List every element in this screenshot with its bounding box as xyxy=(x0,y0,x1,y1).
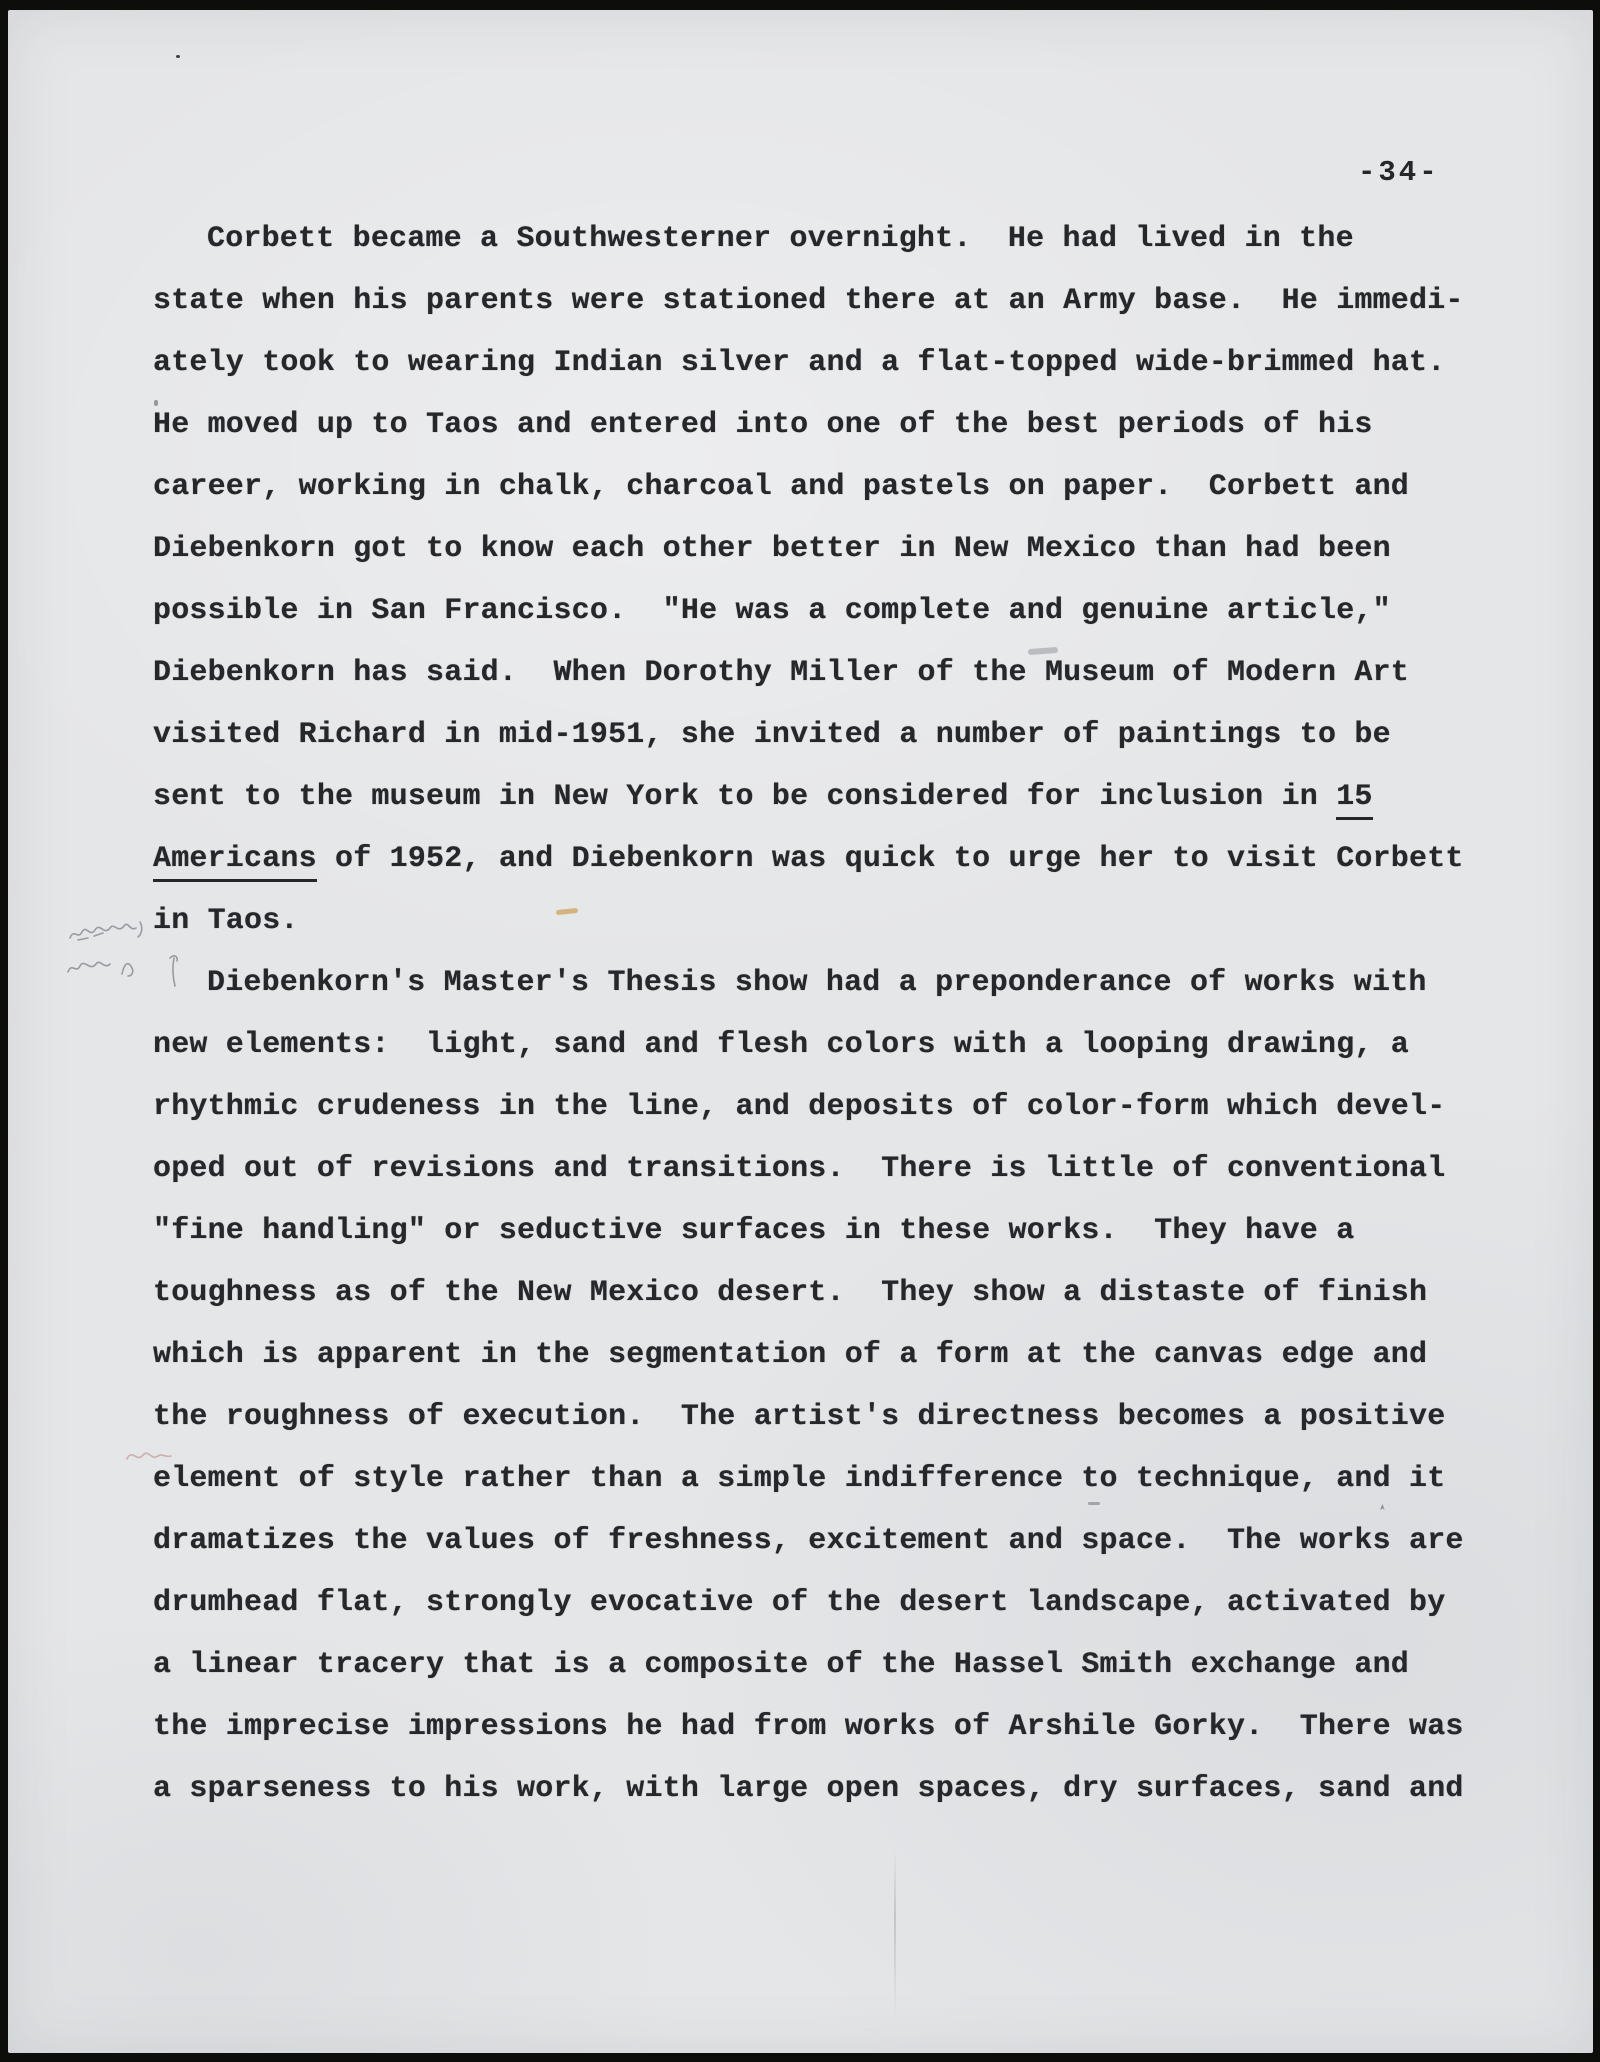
text-segment: new elements: light, sand and flesh colo… xyxy=(153,1028,1409,1062)
text-segment: state when his parents were stationed th… xyxy=(153,284,1464,318)
text-line: dramatizes the values of freshness, exci… xyxy=(153,1510,1543,1572)
margin-handwriting-mark xyxy=(64,910,234,1000)
document-page: -34- Corbett became a Southwesterner ove… xyxy=(8,10,1593,2053)
text-line: rhythmic crudeness in the line, and depo… xyxy=(153,1076,1543,1138)
scan-speck xyxy=(154,400,158,406)
text-line: career, working in chalk, charcoal and p… xyxy=(153,456,1543,518)
text-segment: sent to the museum in New York to be con… xyxy=(153,780,1336,814)
scan-speck xyxy=(1088,1502,1100,1505)
text-segment: Corbett became a Southwesterner overnigh… xyxy=(207,222,1354,256)
text-segment: Diebenkorn has said. When Dorothy Miller… xyxy=(153,656,1409,690)
text-line: "fine handling" or seductive surfaces in… xyxy=(153,1200,1543,1262)
text-line: Diebenkorn has said. When Dorothy Miller… xyxy=(153,642,1543,704)
text-segment: a linear tracery that is a composite of … xyxy=(153,1648,1409,1682)
text-segment: "fine handling" or seductive surfaces in… xyxy=(153,1214,1354,1248)
text-line: Diebenkorn got to know each other better… xyxy=(153,518,1543,580)
scan-background: { "page": { "number_label": "-34-" }, "c… xyxy=(0,0,1600,2062)
text-line: ately took to wearing Indian silver and … xyxy=(153,332,1543,394)
text-line: drumhead flat, strongly evocative of the… xyxy=(153,1572,1543,1634)
text-segment: drumhead flat, strongly evocative of the… xyxy=(153,1586,1445,1620)
text-line: possible in San Francisco. "He was a com… xyxy=(153,580,1543,642)
text-segment: the imprecise impressions he had from wo… xyxy=(153,1710,1464,1744)
margin-squiggle-mark xyxy=(124,1444,180,1470)
text-segment: rhythmic crudeness in the line, and depo… xyxy=(153,1090,1445,1124)
text-segment: Diebenkorn's Master's Thesis show had a … xyxy=(207,966,1427,1000)
typed-text-block: Corbett became a Southwesterner overnigh… xyxy=(153,208,1543,1820)
underlined-text: 15 xyxy=(1336,780,1372,820)
underlined-text: Americans xyxy=(153,842,317,882)
scan-speck xyxy=(176,55,180,58)
text-line: Americans of 1952, and Diebenkorn was qu… xyxy=(153,828,1543,890)
text-line: element of style rather than a simple in… xyxy=(153,1448,1543,1510)
text-segment: which is apparent in the segmentation of… xyxy=(153,1338,1427,1372)
text-line: sent to the museum in New York to be con… xyxy=(153,766,1543,828)
text-segment: oped out of revisions and transitions. T… xyxy=(153,1152,1445,1186)
text-segment: element of style rather than a simple in… xyxy=(153,1462,1445,1496)
text-line: oped out of revisions and transitions. T… xyxy=(153,1138,1543,1200)
text-segment: the roughness of execution. The artist's… xyxy=(153,1400,1445,1434)
text-line: the imprecise impressions he had from wo… xyxy=(153,1696,1543,1758)
text-segment: of 1952, and Diebenkorn was quick to urg… xyxy=(317,842,1464,876)
text-segment: visited Richard in mid-1951, she invited… xyxy=(153,718,1391,752)
text-segment: a sparseness to his work, with large ope… xyxy=(153,1772,1464,1806)
text-segment: He moved up to Taos and entered into one… xyxy=(153,408,1373,442)
text-line: the roughness of execution. The artist's… xyxy=(153,1386,1543,1448)
page-number: -34- xyxy=(1358,156,1440,189)
text-line: a linear tracery that is a composite of … xyxy=(153,1634,1543,1696)
text-line: He moved up to Taos and entered into one… xyxy=(153,394,1543,456)
paper-crease xyxy=(894,1850,896,2018)
text-line: new elements: light, sand and flesh colo… xyxy=(153,1014,1543,1076)
text-line: which is apparent in the segmentation of… xyxy=(153,1324,1543,1386)
text-line: Diebenkorn's Master's Thesis show had a … xyxy=(153,952,1543,1014)
text-segment: career, working in chalk, charcoal and p… xyxy=(153,470,1409,504)
text-segment: toughness as of the New Mexico desert. T… xyxy=(153,1276,1427,1310)
text-segment: ately took to wearing Indian silver and … xyxy=(153,346,1445,380)
text-line: Corbett became a Southwesterner overnigh… xyxy=(153,208,1543,270)
text-segment: possible in San Francisco. "He was a com… xyxy=(153,594,1391,628)
text-line: visited Richard in mid-1951, she invited… xyxy=(153,704,1543,766)
text-line: state when his parents were stationed th… xyxy=(153,270,1543,332)
text-segment: Diebenkorn got to know each other better… xyxy=(153,532,1391,566)
text-line: in Taos. xyxy=(153,890,1543,952)
text-line: toughness as of the New Mexico desert. T… xyxy=(153,1262,1543,1324)
text-line: a sparseness to his work, with large ope… xyxy=(153,1758,1543,1820)
text-segment: dramatizes the values of freshness, exci… xyxy=(153,1524,1464,1558)
